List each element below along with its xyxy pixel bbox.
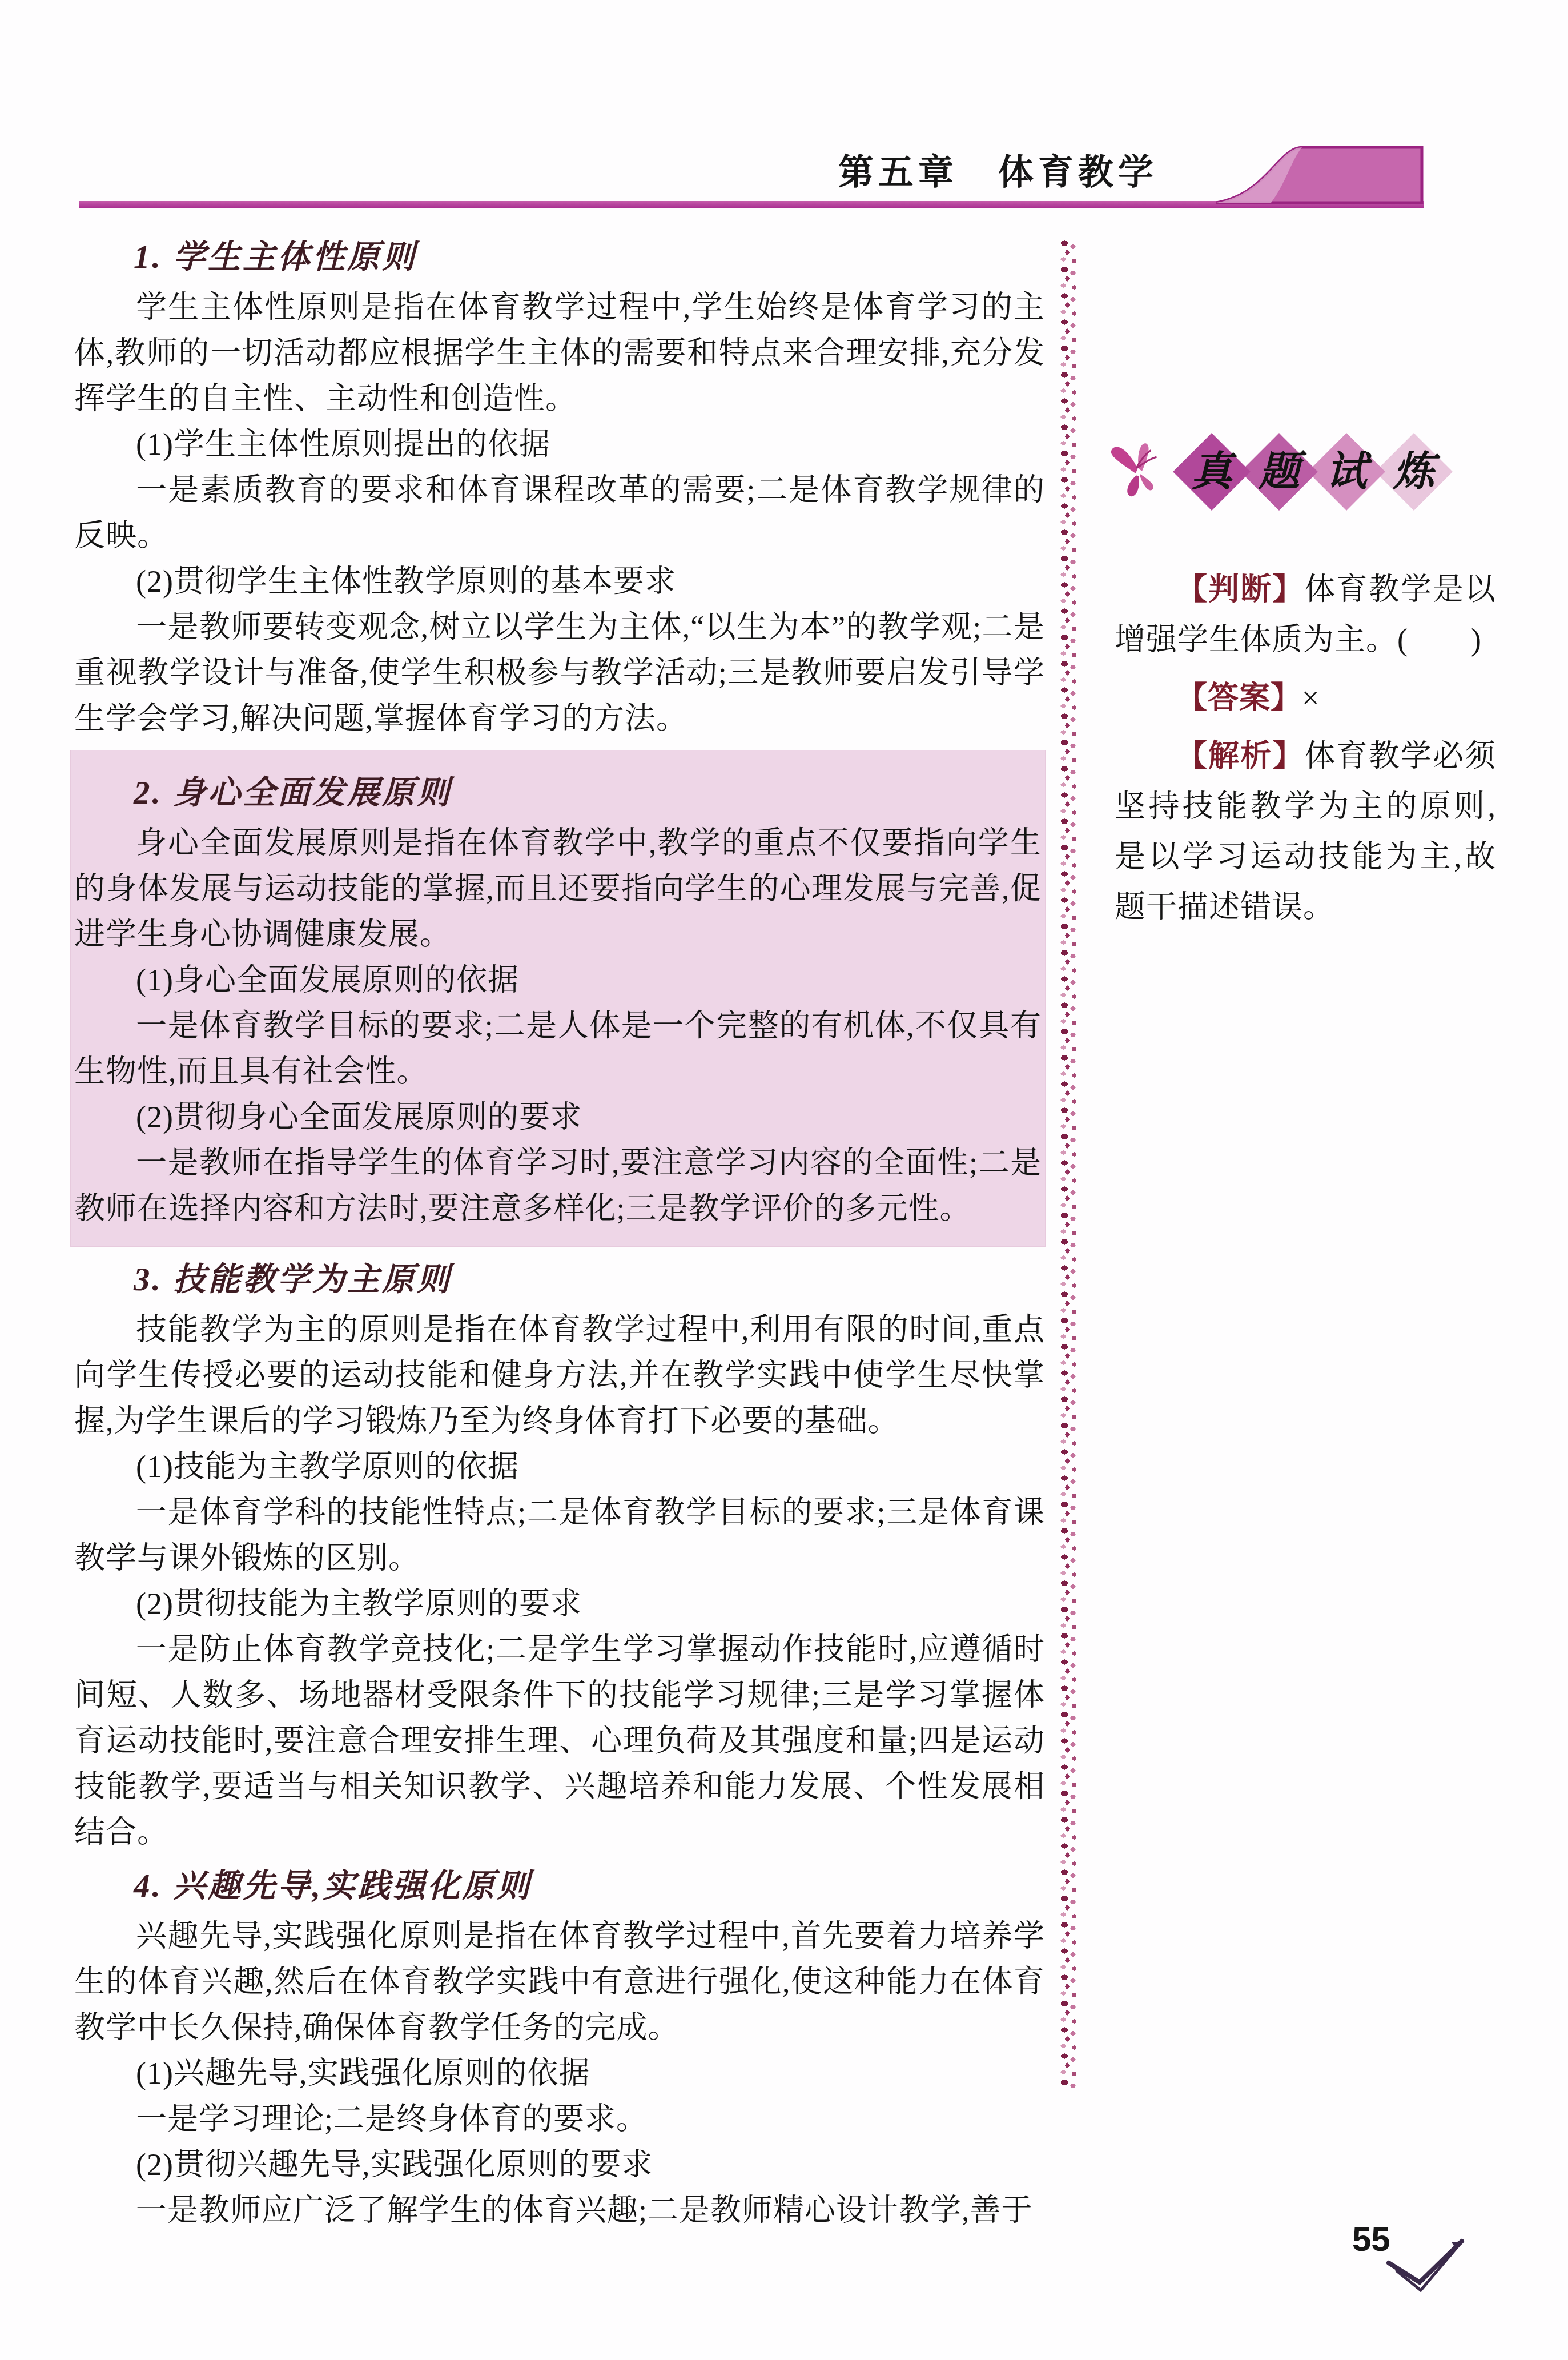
section-heading: 2. 身心全面发展原则 xyxy=(74,766,1042,820)
body-paragraph: 一是体育学科的技能性特点;二是体育教学目标的要求;三是体育课教学与课外锻炼的区别… xyxy=(74,1490,1045,1581)
butterfly-icon xyxy=(1109,435,1168,509)
chapter-title: 第五章 体育教学 xyxy=(838,144,1158,195)
body-paragraph: (1)学生主体性原则提出的依据 xyxy=(74,422,1045,467)
body-paragraph: 一是教师要转变观念,树立以学生为主体,“以生为本”的教学观;二是重视教学设计与准… xyxy=(74,604,1045,741)
body-paragraph: 一是教师应广泛了解学生的体育兴趣;二是教师精心设计教学,善于 xyxy=(74,2188,1045,2233)
diamond-tile: 题 xyxy=(1240,433,1318,511)
body-paragraph: 身心全面发展原则是指在体育教学中,教学的重点不仅要指向学生的身体发展与运动技能的… xyxy=(74,820,1042,957)
vine-divider xyxy=(1059,238,1079,2088)
body-paragraph: (2)贯彻兴趣先导,实践强化原则的要求 xyxy=(74,2142,1045,2188)
section-heading: 4. 兴趣先导,实践强化原则 xyxy=(74,1860,1045,1913)
body-paragraph: 技能教学为主的原则是指在体育教学过程中,利用有限的时间,重点向学生传授必要的运动… xyxy=(74,1307,1045,1444)
body-paragraph: 一是教师在指导学生的体育学习时,要注意学习内容的全面性;二是教师在选择内容和方法… xyxy=(74,1140,1042,1231)
body-paragraph: (1)技能为主教学原则的依据 xyxy=(74,1444,1045,1490)
body-paragraph: 学生主体性原则是指在体育教学过程中,学生始终是体育学习的主体,教师的一切活动都应… xyxy=(74,284,1045,422)
badge-char: 真 xyxy=(1191,451,1232,492)
body-paragraph: (1)兴趣先导,实践强化原则的依据 xyxy=(74,2050,1045,2096)
analysis-label: 【解析】 xyxy=(1176,739,1304,773)
badge-char: 试 xyxy=(1326,451,1367,492)
body-paragraph: 一是防止体育教学竞技化;二是学生学习掌握动作技能时,应遵循时间短、人数多、场地器… xyxy=(74,1627,1045,1855)
answer-label: 【答案】 xyxy=(1176,681,1302,715)
header-ribbon xyxy=(1187,143,1424,211)
section-heading: 1. 学生主体性原则 xyxy=(74,231,1045,284)
section-heading: 3. 技能教学为主原则 xyxy=(74,1253,1045,1307)
question-text: 体育教学是以增强学生体质为主。( ) xyxy=(1115,572,1496,657)
judgment-question: 【判断】体育教学是以增强学生体质为主。( ) xyxy=(1115,564,1496,665)
diamond-tile: 真 xyxy=(1173,433,1251,511)
section-1: 1. 学生主体性原则 学生主体性原则是指在体育教学过程中,学生始终是体育学习的主… xyxy=(74,231,1045,741)
body-paragraph: 兴趣先导,实践强化原则是指在体育教学过程中,首先要着力培养学生的体育兴趣,然后在… xyxy=(74,1913,1045,2050)
diamond-tile: 试 xyxy=(1308,433,1385,511)
body-paragraph: (2)贯彻学生主体性教学原则的基本要求 xyxy=(74,559,1045,604)
answer-value: × xyxy=(1302,681,1320,715)
judgment-label: 【判断】 xyxy=(1176,572,1304,607)
answer-row: 【答案】× xyxy=(1115,673,1496,723)
checkmark-icon xyxy=(1384,2237,1466,2294)
body-paragraph: 一是素质教育的要求和体育课程改革的需要;二是体育教学规律的反映。 xyxy=(74,467,1045,559)
badge-char: 题 xyxy=(1259,451,1300,492)
body-paragraph: (1)身心全面发展原则的依据 xyxy=(74,957,1042,1003)
section-3: 3. 技能教学为主原则 技能教学为主的原则是指在体育教学过程中,利用有限的时间,… xyxy=(74,1253,1045,1855)
section-4: 4. 兴趣先导,实践强化原则 兴趣先导,实践强化原则是指在体育教学过程中,首先要… xyxy=(74,1860,1045,2233)
badge-char: 炼 xyxy=(1393,451,1434,492)
exam-sidebar: 真 题 试 炼 【判断】体育教学是以增强学生体质为主。( ) 【答案】× 【解析… xyxy=(1115,226,1496,932)
analysis-text: 体育教学必须坚持技能教学为主的原则,是以学习运动技能为主,故题干描述错误。 xyxy=(1115,739,1496,924)
analysis-row: 【解析】体育教学必须坚持技能教学为主的原则,是以学习运动技能为主,故题干描述错误… xyxy=(1115,731,1496,932)
body-paragraph: (2)贯彻身心全面发展原则的要求 xyxy=(74,1094,1042,1140)
diamond-tile: 炼 xyxy=(1375,433,1453,511)
body-paragraph: 一是体育教学目标的要求;二是人体是一个完整的有机体,不仅具有生物性,而且具有社会… xyxy=(74,1003,1042,1094)
body-paragraph: (2)贯彻技能为主教学原则的要求 xyxy=(74,1581,1045,1627)
body-paragraph: 一是学习理论;二是终身体育的要求。 xyxy=(74,2096,1045,2142)
section-2-highlighted: 2. 身心全面发展原则 身心全面发展原则是指在体育教学中,教学的重点不仅要指向学… xyxy=(71,750,1045,1246)
main-text-column: 1. 学生主体性原则 学生主体性原则是指在体育教学过程中,学生始终是体育学习的主… xyxy=(74,226,1045,2233)
exam-practice-badge: 真 题 试 炼 xyxy=(1109,415,1496,529)
